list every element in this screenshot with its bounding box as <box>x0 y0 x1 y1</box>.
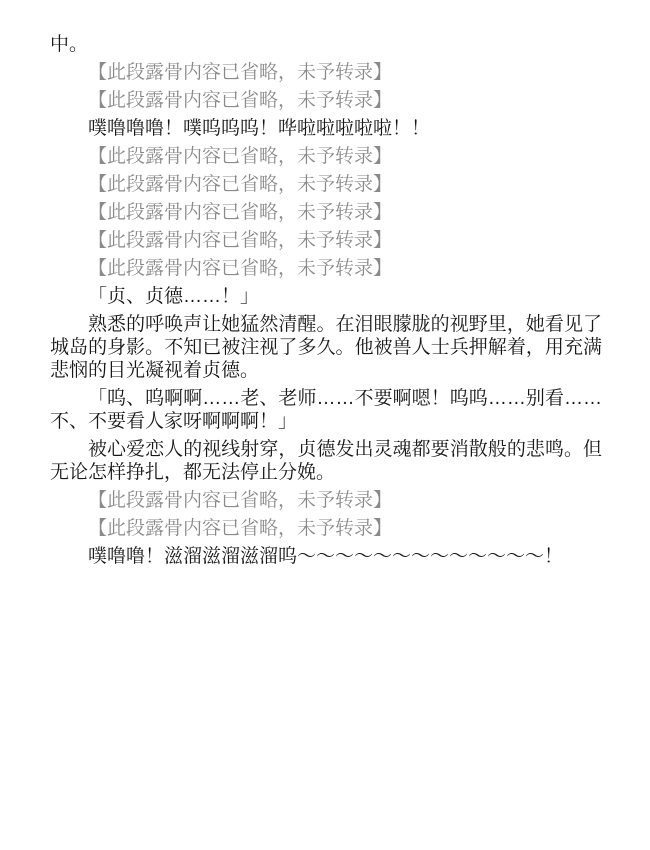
paragraph-redacted: 【此段露骨内容已省略，未予转录】 <box>50 173 602 196</box>
paragraph: 中。 <box>50 33 602 56</box>
paragraph-redacted: 【此段露骨内容已省略，未予转录】 <box>50 517 602 540</box>
paragraph-redacted: 【此段露骨内容已省略，未予转录】 <box>50 61 602 84</box>
paragraph: 被心爱恋人的视线射穿，贞德发出灵魂都要消散般的悲鸣。但无论怎样挣扎，都无法停止分… <box>50 438 602 484</box>
text-body: 中。【此段露骨内容已省略，未予转录】【此段露骨内容已省略，未予转录】噗噜噜噜！噗… <box>50 33 602 568</box>
novel-page: 中。【此段露骨内容已省略，未予转录】【此段露骨内容已省略，未予转录】噗噜噜噜！噗… <box>0 0 650 850</box>
paragraph: 「贞、贞德……！」 <box>50 285 602 308</box>
paragraph-redacted: 【此段露骨内容已省略，未予转录】 <box>50 201 602 224</box>
paragraph-redacted: 【此段露骨内容已省略，未予转录】 <box>50 89 602 112</box>
paragraph: 「呜、呜啊啊……老、老师……不要啊嗯！呜呜……别看……不、不要看人家呀啊啊啊！」 <box>50 387 602 433</box>
paragraph-redacted: 【此段露骨内容已省略，未予转录】 <box>50 229 602 252</box>
paragraph-redacted: 【此段露骨内容已省略，未予转录】 <box>50 145 602 168</box>
paragraph: 熟悉的呼唤声让她猛然清醒。在泪眼朦胧的视野里，她看见了城岛的身影。不知已被注视了… <box>50 313 602 382</box>
paragraph-redacted: 【此段露骨内容已省略，未予转录】 <box>50 257 602 280</box>
paragraph: 噗噜噜！滋溜滋溜滋溜呜～～～～～～～～～～～～～！ <box>50 545 602 568</box>
paragraph-redacted: 【此段露骨内容已省略，未予转录】 <box>50 489 602 512</box>
paragraph: 噗噜噜噜！噗呜呜呜！哗啦啦啦啦啦！！ <box>50 117 602 140</box>
